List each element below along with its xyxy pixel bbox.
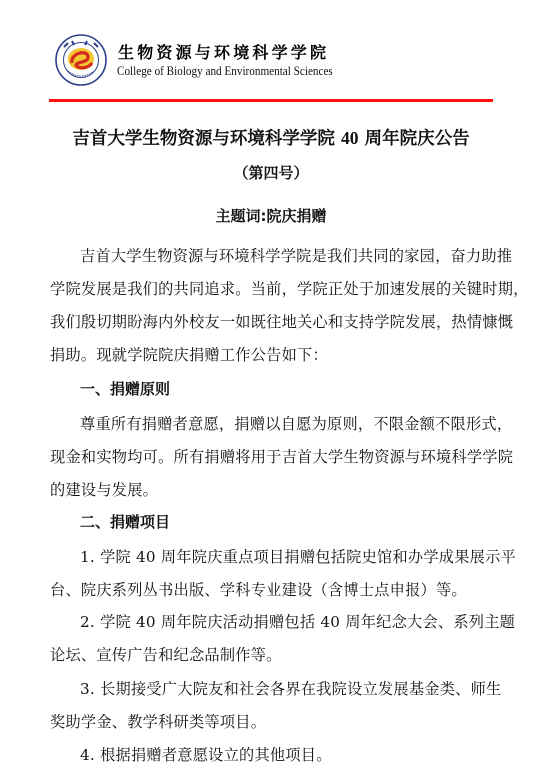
keyword-line: 主题词:院庆捐赠 [50, 206, 492, 226]
letterhead: 生物资源与环境科学学院 College of Biology and Envir… [50, 31, 500, 89]
paragraph-line: 我们殷切期盼海内外校友一如既往地关心和支持学院发展，热情慷慨 [50, 312, 492, 332]
section-heading: 一、捐赠原则 [50, 379, 492, 399]
paragraph-line: 吉首大学生物资源与环境科学学院是我们共同的家园，奋力助推 [50, 246, 492, 266]
issue-number: （第四号） [50, 163, 492, 183]
paragraph-line: 的建设与发展。 [50, 480, 492, 500]
college-name-en: College of Biology and Environmental Sci… [117, 63, 333, 79]
list-item-line: 论坛、宣传广告和纪念品制作等。 [50, 645, 492, 665]
title-text-1: 吉首大学生物资源与环境科学学院 [72, 129, 341, 149]
document-title: 吉首大学生物资源与环境科学学院 40 周年院庆公告 [40, 128, 502, 148]
list-item-line: 台、院庆系列丛书出版、学科专业建设（含博士点申报）等。 [50, 580, 492, 600]
paragraph-line: 捐助。现就学院院庆捐赠工作公告如下： [50, 345, 492, 365]
list-item-line: 1. 学院 40 周年院庆重点项目捐赠包括院史馆和办学成果展示平 [50, 547, 492, 567]
university-emblem-icon [54, 33, 108, 87]
paragraph-line: 学院发展是我们的共同追求。当前，学院正处于加速发展的关键时期， [50, 279, 492, 299]
paragraph-line: 现金和实物均可。所有捐赠将用于吉首大学生物资源与环境科学学院 [50, 447, 492, 467]
paragraph-line: 尊重所有捐赠者意愿，捐赠以自愿为原则，不限金额不限形式， [50, 414, 492, 434]
title-text-2: 周年院庆公告 [359, 129, 470, 149]
college-name-cn: 生物资源与环境科学学院 [118, 40, 329, 63]
list-item-line: 4. 根据捐赠者意愿设立的其他项目。 [50, 745, 492, 765]
section-heading: 二、捐赠项目 [50, 512, 492, 532]
title-number: 40 [341, 128, 359, 148]
list-item-line: 3. 长期接受广大院友和社会各界在我院设立发展基金类、师生 [50, 679, 492, 699]
list-item-line: 2. 学院 40 周年院庆活动捐赠包括 40 周年纪念大会、系列主题 [50, 612, 492, 632]
header-divider [49, 99, 493, 102]
list-item-line: 奖助学金、教学科研类等项目。 [50, 712, 492, 732]
